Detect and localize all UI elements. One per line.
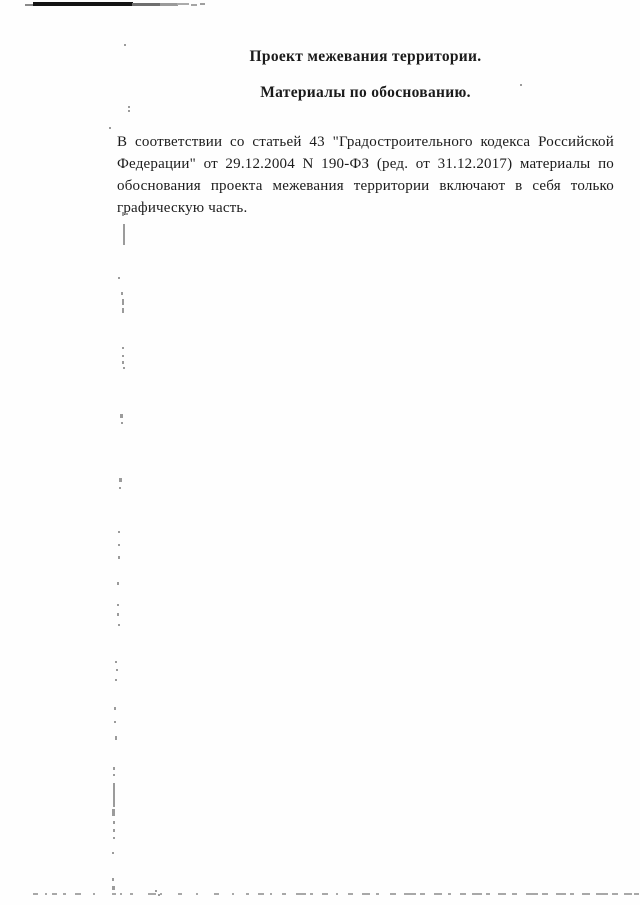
scan-margin-speck [122, 308, 124, 313]
scan-margin-speck [112, 886, 115, 890]
scan-margin-speck [115, 679, 117, 681]
scan-margin-speck [114, 707, 116, 710]
scan-margin-speck [113, 829, 115, 832]
scan-margin-speck [122, 299, 124, 305]
scan-bottom-dash [196, 893, 198, 895]
scan-margin-speck [121, 292, 123, 295]
scan-bottom-dash [246, 893, 249, 895]
scan-margin-speck [118, 544, 120, 546]
scan-margin-speck [158, 894, 160, 896]
scan-top-edge-line [25, 4, 33, 6]
scan-margin-speck [113, 767, 115, 770]
scan-margin-speck [118, 624, 120, 626]
scan-bottom-dash [148, 893, 156, 895]
scan-bottom-dash [75, 893, 81, 895]
scan-bottom-dash [258, 893, 264, 895]
document-subtitle: Материалы по обоснованию. [117, 84, 614, 102]
scan-margin-speck [122, 361, 124, 364]
scan-bottom-dash [336, 893, 338, 895]
scan-margin-speck [115, 736, 117, 740]
scan-margin-speck [117, 604, 119, 606]
scan-bottom-dash [404, 893, 416, 895]
scan-bottom-dash [282, 893, 286, 895]
scan-margin-speck [122, 347, 124, 349]
scan-bottom-dash [624, 893, 632, 895]
scan-bottom-dash [434, 893, 442, 895]
scan-bottom-dash [526, 893, 538, 895]
scan-margin-speck [109, 127, 111, 129]
scan-margin-speck [123, 367, 125, 369]
scan-bottom-dash [130, 893, 133, 895]
scan-bottom-dash [232, 893, 234, 895]
scan-margin-speck [112, 852, 114, 854]
scan-margin-speck [113, 837, 115, 839]
scan-margin-speck [123, 224, 125, 245]
scan-bottom-dash [178, 893, 182, 895]
scan-bottom-dash [348, 893, 353, 895]
scan-bottom-dash [570, 893, 574, 895]
scan-margin-speck [120, 414, 123, 418]
scan-margin-speck [113, 774, 115, 776]
scan-bottom-dash [322, 893, 328, 895]
scan-margin-speck [118, 277, 120, 279]
scan-bottom-dash [310, 893, 313, 895]
scan-bottom-dash [214, 893, 219, 895]
paragraph-line-2: Федерации" от 29.12.2004 N 190-ФЗ (ред. … [117, 153, 614, 175]
scan-bottom-dash [420, 893, 425, 895]
scan-margin-speck [118, 556, 120, 559]
scan-margin-speck [115, 661, 117, 663]
scan-bottom-dash [52, 893, 57, 895]
scan-margin-speck [155, 890, 157, 892]
scan-bottom-dash [486, 893, 490, 895]
document-content: Проект межевания территории. Материалы п… [117, 0, 614, 219]
paragraph-line-4: графическую часть. [117, 197, 614, 219]
scan-bottom-dash [160, 893, 162, 895]
scan-bottom-dash [33, 893, 38, 895]
scan-margin-speck [112, 809, 115, 816]
scan-bottom-dash [556, 893, 566, 895]
scan-margin-speck [119, 478, 122, 482]
scan-bottom-dash [376, 893, 379, 895]
scan-margin-speck [113, 821, 115, 824]
scan-bottom-dash [112, 893, 116, 895]
scan-margin-speck [112, 878, 114, 881]
scan-bottom-dash [472, 893, 482, 895]
scan-margin-speck [114, 721, 116, 723]
scan-bottom-dash [460, 893, 466, 895]
scan-margin-speck [117, 613, 119, 616]
scan-bottom-dash [582, 893, 590, 895]
scan-bottom-dash [296, 893, 306, 895]
scan-bottom-dash [542, 893, 548, 895]
scan-bottom-dash [120, 893, 122, 895]
scanned-document-page: Проект межевания территории. Материалы п… [0, 0, 640, 905]
scan-bottom-dash [93, 893, 95, 895]
scan-margin-speck [116, 669, 118, 671]
scan-margin-speck [117, 582, 119, 585]
scan-margin-speck [121, 422, 123, 424]
scan-margin-speck [119, 487, 121, 489]
scan-bottom-dash [512, 893, 517, 895]
scan-bottom-dash [634, 893, 639, 895]
scan-bottom-dash [612, 893, 618, 895]
paragraph-line-1: В соответствии со статьей 43 "Градострои… [117, 131, 614, 153]
scan-bottom-dash [45, 893, 47, 895]
scan-margin-speck [113, 783, 115, 807]
scan-bottom-dash [596, 893, 608, 895]
document-title: Проект межевания территории. [117, 48, 614, 66]
scan-bottom-dash [63, 893, 66, 895]
scan-bottom-dash [390, 893, 396, 895]
scan-bottom-dash [362, 893, 370, 895]
paragraph-line-3: обоснования проекта межевания территории… [117, 175, 614, 197]
scan-bottom-dash [448, 893, 451, 895]
scan-margin-speck [122, 355, 124, 357]
scan-margin-speck [118, 531, 120, 533]
scan-bottom-dash [270, 893, 272, 895]
scan-bottom-dash [498, 893, 506, 895]
body-paragraph: В соответствии со статьей 43 "Градострои… [117, 131, 614, 219]
